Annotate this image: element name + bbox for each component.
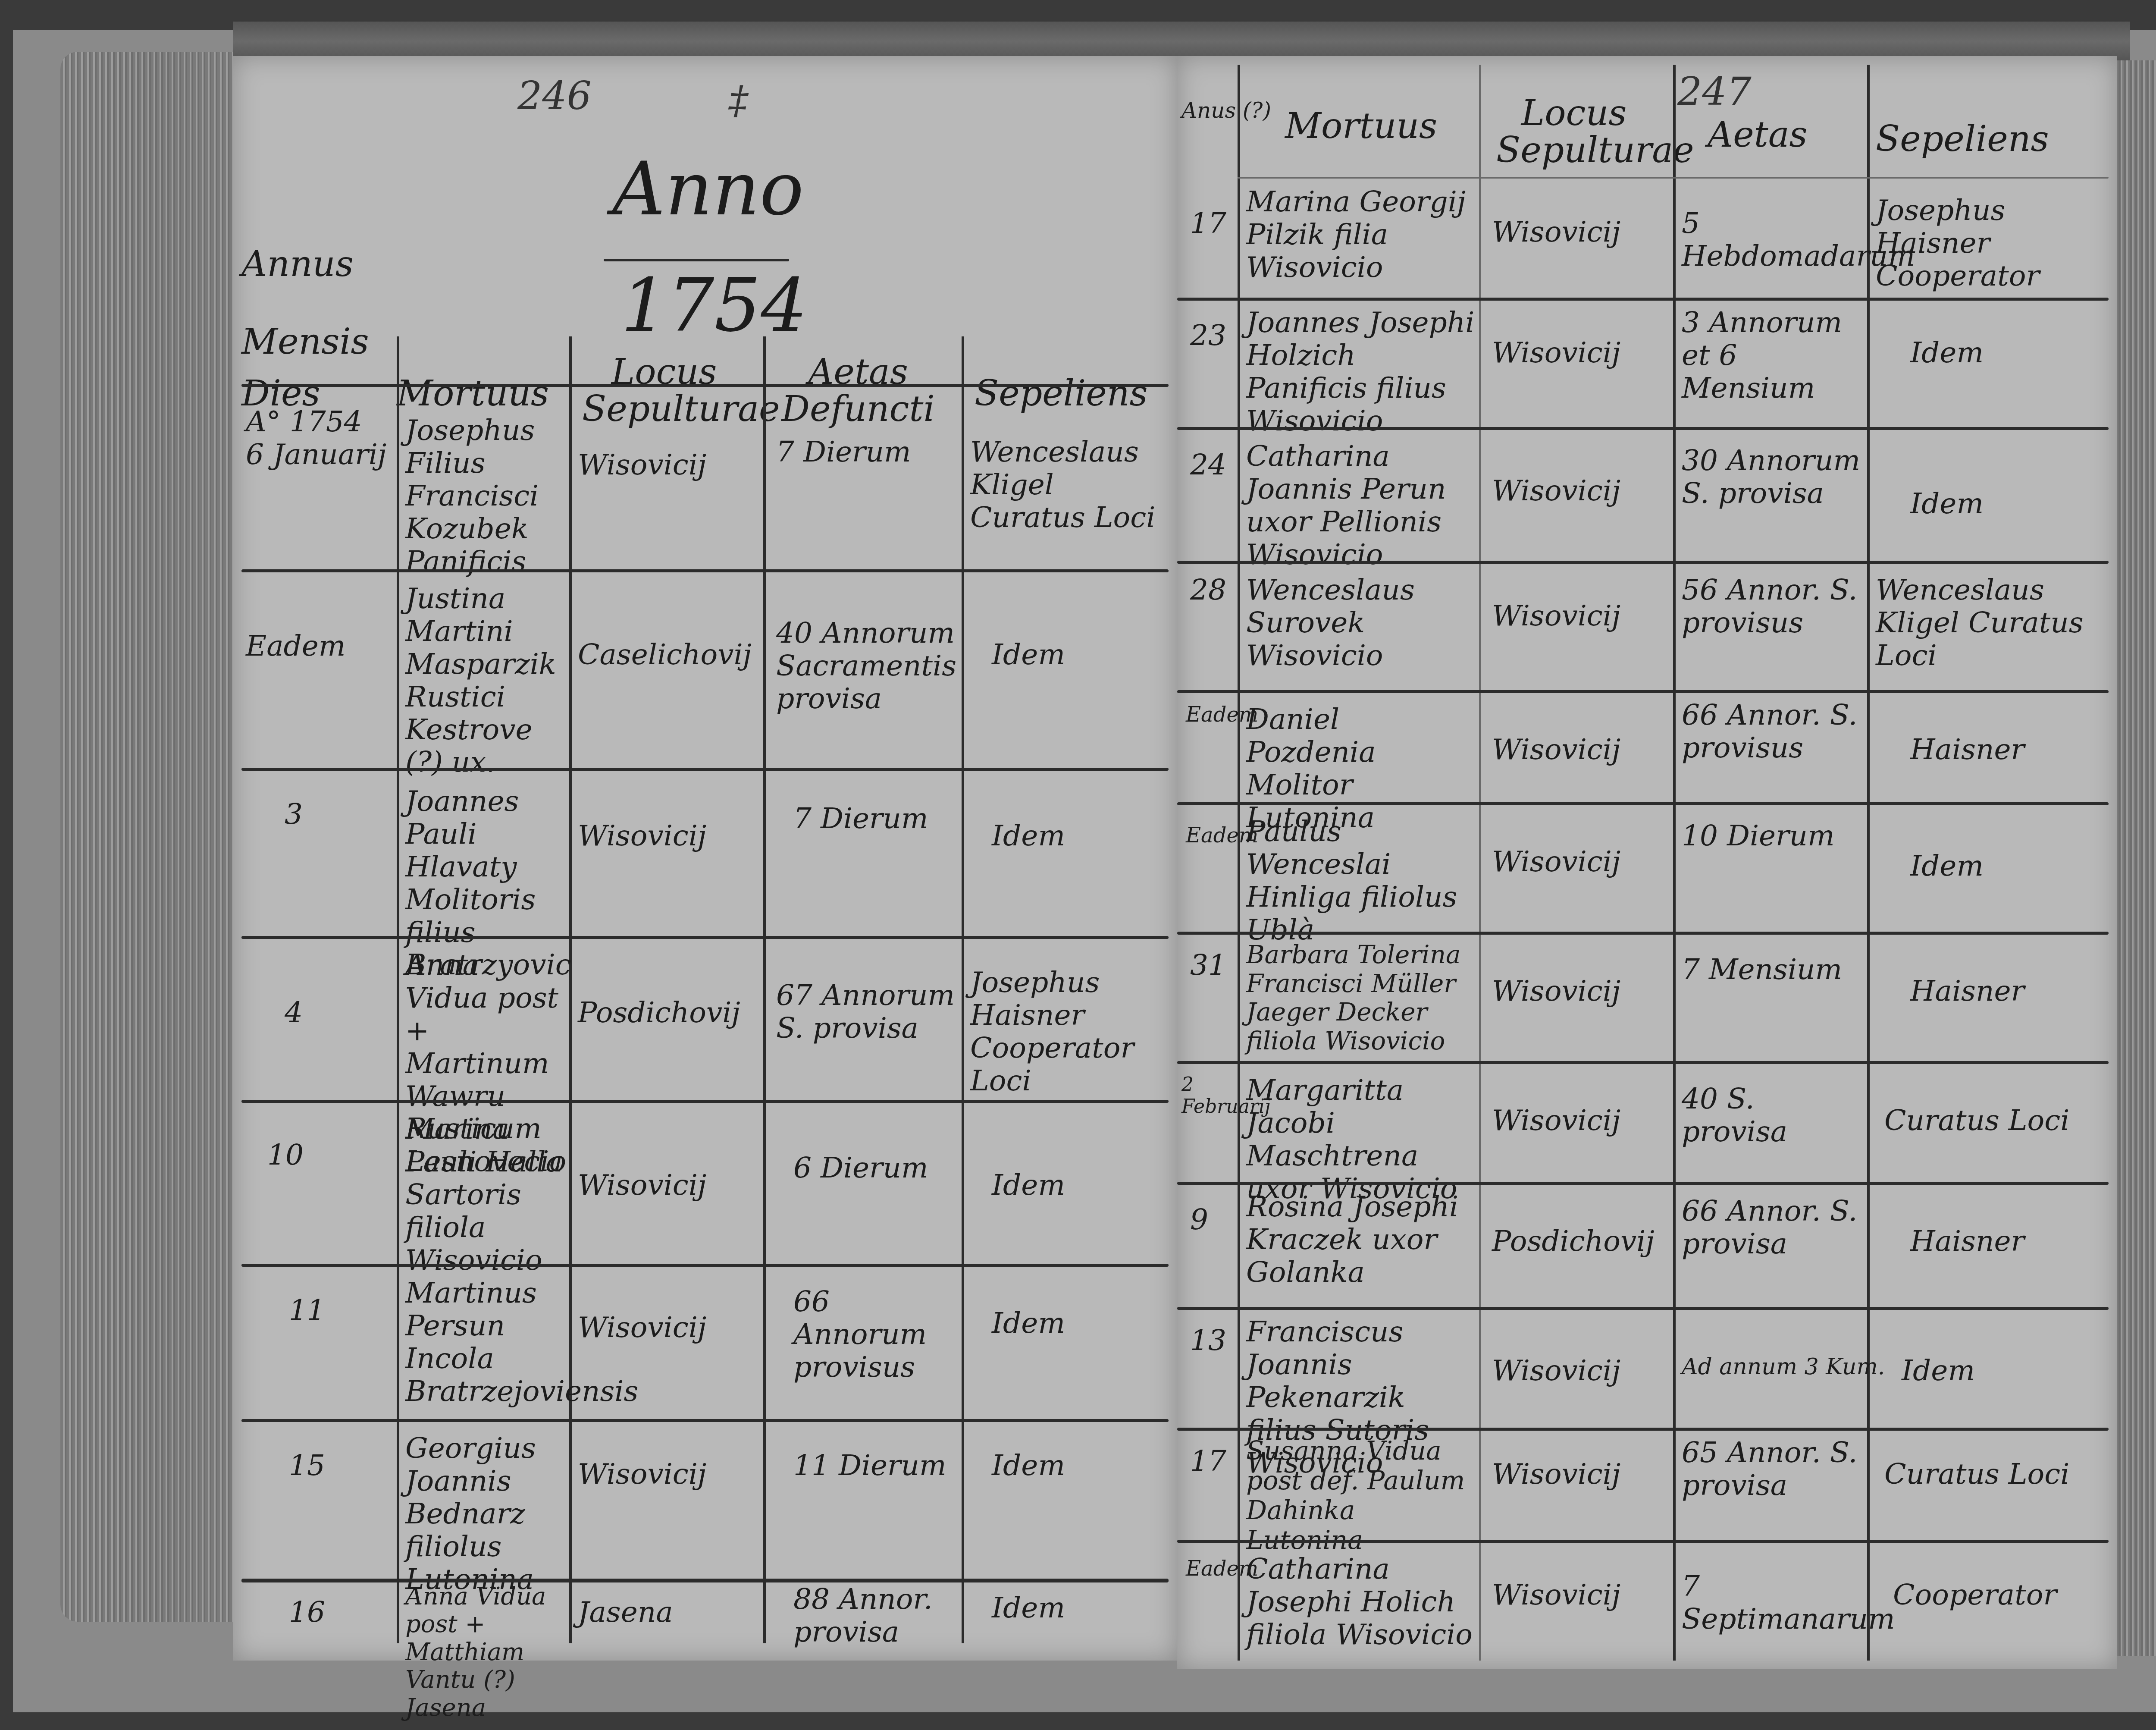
row-locus: Caselichovij xyxy=(578,638,752,671)
row-date: 2 Februarij xyxy=(1181,1074,1238,1118)
row-aetas: 40 S. provisa xyxy=(1682,1083,1863,1148)
cross-mark: ‡ xyxy=(729,78,748,123)
register-row: 17 Marina Georgij Pilzik filia Wisovicio… xyxy=(1177,181,2117,289)
row-date: 24 xyxy=(1190,449,1226,481)
row-locus: Wisovicij xyxy=(1492,216,1620,248)
row-locus: Wisovicij xyxy=(1492,733,1620,766)
header-aetas: Aetas xyxy=(1708,116,1808,154)
row-sepeliens: Idem xyxy=(992,1592,1065,1624)
row-date: 11 xyxy=(289,1294,325,1327)
row-sepeliens: Haisner xyxy=(1910,733,2024,766)
row-aetas: 6 Dierum xyxy=(793,1152,957,1184)
row-mortuus: Paulus Wenceslai Hinliga filiolus Ublà xyxy=(1246,815,1475,946)
row-rule xyxy=(241,768,1169,771)
row-date: 17 xyxy=(1190,1445,1226,1478)
row-mortuus: Wenceslaus Surovek Wisovicio xyxy=(1246,574,1475,672)
row-rule xyxy=(1177,1307,2109,1310)
row-rule xyxy=(1177,298,2109,301)
row-aetas: 65 Annor. S. provisa xyxy=(1682,1436,1863,1502)
row-locus: Wisovicij xyxy=(1492,336,1620,369)
row-date: 10 xyxy=(267,1139,304,1171)
row-sepeliens: Idem xyxy=(1910,487,1984,520)
register-row: 28 Wenceslaus Surovek Wisovicio Wisovici… xyxy=(1177,565,2117,694)
row-rule xyxy=(241,569,1169,572)
register-row: 17 Susanna Vidua post def. Paulum Dahink… xyxy=(1177,1432,2117,1540)
row-rule xyxy=(1177,561,2109,564)
row-rule xyxy=(1177,1540,2109,1543)
header-locus: Locus Sepulturae xyxy=(1496,95,1651,169)
row-locus: Wisovicij xyxy=(578,1458,706,1491)
row-aetas: 7 Mensium xyxy=(1682,953,1863,986)
register-row: Eadem Daniel Pozdenia Molitor Lutonina W… xyxy=(1177,694,2117,807)
row-aetas: 30 Annorum S. provisa xyxy=(1682,444,1863,510)
row-locus: Wisovicij xyxy=(578,819,706,852)
row-aetas: 66 Annor. S. provisus xyxy=(1682,699,1863,764)
row-date: Eadem xyxy=(246,630,345,662)
page-edges-left xyxy=(60,52,241,1622)
header-mensis: Mensis xyxy=(241,323,369,361)
row-aetas: 7 Dierum xyxy=(776,436,957,468)
row-mortuus: Josephus Filius Francisci Kozubek Panifi… xyxy=(405,414,565,578)
row-aetas: 66 Annorum provisus xyxy=(793,1285,957,1384)
row-sepeliens: Wenceslaus Kligel Curatus Loci xyxy=(970,436,1169,534)
row-locus: Posdichovij xyxy=(578,996,740,1029)
row-sepeliens: Haisner xyxy=(1910,975,2024,1008)
register-row: 2 Februarij Margaritta Jacobi Maschtrena… xyxy=(1177,1065,2117,1186)
row-sepeliens: Wenceslaus Kligel Curatus Loci xyxy=(1876,574,2109,672)
row-locus: Wisovicij xyxy=(1492,474,1620,507)
register-row: 3 Joannes Pauli Hlavaty Molitoris filius… xyxy=(233,772,1177,945)
header-rule xyxy=(1238,177,2109,179)
left-page: 246 ‡ Anno 1754 Annus Mensis Dies Mortuu… xyxy=(233,56,1177,1661)
row-aetas: 66 Annor. S. provisa xyxy=(1682,1195,1863,1260)
row-rule xyxy=(1177,932,2109,935)
page-edges-right xyxy=(2113,60,2156,1656)
register-row: 31 Barbara Tolerina Francisci Müller Jae… xyxy=(1177,936,2117,1061)
row-locus: Wisovicij xyxy=(578,1311,706,1344)
header-mortuus: Mortuus xyxy=(1285,108,1437,145)
row-mortuus: Rosina Josephi Kraczek uxor Golanka xyxy=(1246,1190,1475,1289)
row-locus: Wisovicij xyxy=(1492,1579,1620,1611)
row-mortuus: Margaritta Jacobi Maschtrena uxor Wisovi… xyxy=(1246,1074,1475,1205)
row-rule xyxy=(241,1100,1169,1103)
folio-number: 246 xyxy=(517,73,592,119)
row-sepeliens: Josephus Haisner Cooperator xyxy=(1876,194,2109,292)
row-sepeliens: Idem xyxy=(992,1307,1065,1340)
row-sepeliens: Idem xyxy=(992,819,1065,852)
page-title-year: 1754 xyxy=(621,263,808,349)
register-row: 13 Franciscus Joannis Pekenarzik filius … xyxy=(1177,1311,2117,1428)
row-locus: Wisovicij xyxy=(1492,600,1620,632)
row-locus: Wisovicij xyxy=(1492,1354,1620,1387)
register-row: 24 Catharina Joannis Perun uxor Pellioni… xyxy=(1177,431,2117,561)
row-mortuus: Martinus Persun Incola Bratrzejoviensis xyxy=(405,1277,565,1408)
row-date: 13 xyxy=(1190,1324,1226,1357)
row-locus: Wisovicij xyxy=(1492,1458,1620,1491)
folio-number: 247 xyxy=(1677,69,1752,114)
register-row: 11 Martinus Persun Incola Bratrzejoviens… xyxy=(233,1268,1177,1423)
register-row: 9 Rosina Josephi Kraczek uxor Golanka Po… xyxy=(1177,1186,2117,1307)
row-locus: Wisovicij xyxy=(1492,1104,1620,1137)
row-locus: Wisovicij xyxy=(1492,975,1620,1008)
row-rule xyxy=(241,936,1169,939)
row-mortuus: Anna Vidua post + Matthiam Vantu (?) Jas… xyxy=(405,1583,565,1722)
row-date: 28 xyxy=(1190,574,1226,606)
row-aetas: 11 Dierum xyxy=(793,1449,946,1482)
row-date: 23 xyxy=(1190,319,1226,352)
row-rule xyxy=(1177,427,2109,430)
row-date: 9 xyxy=(1190,1203,1208,1236)
row-rule xyxy=(1177,1061,2109,1064)
row-date: 16 xyxy=(289,1596,325,1629)
row-mortuus: Joannes Josephi Holzich Panificis filius… xyxy=(1246,306,1475,437)
header-sepeliens: Sepeliens xyxy=(1876,121,2049,158)
row-sepeliens: Curatus Loci xyxy=(1884,1458,2069,1491)
header-date: Anus (?) xyxy=(1181,99,1271,122)
row-locus: Wisovicij xyxy=(578,1169,706,1202)
row-sepeliens: Josephus Haisner Cooperator Loci xyxy=(970,966,1169,1097)
row-locus: Posdichovij xyxy=(1492,1225,1655,1258)
row-mortuus: Justina Martini Masparzik Rustici Kestro… xyxy=(405,582,565,779)
row-aetas: 7 Septimanarum xyxy=(1682,1570,1863,1636)
header-annus: Annus xyxy=(241,246,354,283)
row-mortuus: Georgius Joannis Bednarz filiolus Lutoni… xyxy=(405,1432,565,1595)
row-rule xyxy=(1177,1182,2109,1185)
register-row: Eadem Catharina Josephi Holich filiola W… xyxy=(1177,1544,2117,1665)
row-locus: Wisovicij xyxy=(1492,845,1620,878)
row-sepeliens: Haisner xyxy=(1910,1225,2024,1258)
row-aetas: Ad annum 3 Kum. xyxy=(1682,1354,1885,1380)
row-date: 4 xyxy=(285,996,303,1029)
row-mortuus: Susanna Vidua post def. Paulum Dahinka L… xyxy=(1246,1436,1479,1555)
row-aetas: 10 Dierum xyxy=(1682,819,1863,852)
row-date: A° 1754 6 Januarij xyxy=(246,405,388,471)
header-rule xyxy=(241,384,1169,387)
row-rule xyxy=(241,1419,1169,1422)
row-rule xyxy=(241,1264,1169,1267)
row-locus: Wisovicij xyxy=(578,449,706,481)
row-rule xyxy=(1177,802,2109,805)
row-mortuus: Barbara Tolerina Francisci Müller Jaeger… xyxy=(1246,940,1479,1055)
right-page: 247 Anus (?) Mortuus Locus Sepulturae Ae… xyxy=(1177,56,2117,1669)
row-aetas: 7 Dierum xyxy=(793,802,957,835)
row-sepeliens: Cooperator xyxy=(1893,1579,2057,1611)
row-sepeliens: Idem xyxy=(1910,850,1984,882)
register-row: Eadem Justina Martini Masparzik Rustici … xyxy=(233,574,1177,772)
row-date: 31 xyxy=(1190,949,1226,982)
row-date: 3 xyxy=(285,798,303,831)
row-mortuus: Marina Pauli Halla Sartoris filiola Wiso… xyxy=(405,1113,565,1276)
row-date: 17 xyxy=(1190,207,1226,240)
register-row: 4 Anna Vidua post + Martinum Wawru Rusti… xyxy=(233,940,1177,1104)
register-row: Eadem Paulus Wenceslai Hinliga filiolus … xyxy=(1177,807,2117,936)
row-aetas: 5 Hebdomadarum xyxy=(1682,207,1863,273)
row-sepeliens: Idem xyxy=(1910,336,1984,369)
page-title-anno: Anno xyxy=(612,147,804,232)
row-rule xyxy=(1177,690,2109,693)
row-mortuus: Catharina Joannis Perun uxor Pellionis W… xyxy=(1246,440,1475,571)
row-rule xyxy=(1177,1428,2109,1431)
row-date: 15 xyxy=(289,1449,325,1482)
row-sepeliens: Idem xyxy=(992,1449,1065,1482)
register-row: 15 Georgius Joannis Bednarz filiolus Lut… xyxy=(233,1423,1177,1587)
row-sepeliens: Curatus Loci xyxy=(1884,1104,2069,1137)
binding-band xyxy=(233,22,2130,60)
row-aetas: 40 Annorum Sacramentis provisa xyxy=(776,617,957,715)
row-aetas: 88 Annor. provisa xyxy=(793,1583,957,1648)
row-aetas: 67 Annorum S. provisa xyxy=(776,979,957,1045)
register-row: 10 Marina Pauli Halla Sartoris filiola W… xyxy=(233,1104,1177,1268)
row-aetas: 3 Annorum et 6 Mensium xyxy=(1682,306,1863,405)
row-sepeliens: Idem xyxy=(992,638,1065,671)
row-mortuus: Catharina Josephi Holich filiola Wisovic… xyxy=(1246,1553,1475,1651)
register-row: 16 Anna Vidua post + Matthiam Vantu (?) … xyxy=(233,1583,1177,1661)
row-sepeliens: Idem xyxy=(992,1169,1065,1202)
title-underline xyxy=(604,259,789,261)
row-locus: Jasena xyxy=(578,1596,673,1629)
row-sepeliens: Idem xyxy=(1902,1354,1975,1387)
row-aetas: 56 Annor. S. provisus xyxy=(1682,574,1863,639)
row-mortuus: Marina Georgij Pilzik filia Wisovicio xyxy=(1246,185,1475,284)
row-rule xyxy=(241,1579,1169,1582)
register-row: A° 1754 6 Januarij Josephus Filius Franc… xyxy=(233,388,1177,569)
register-row: 23 Joannes Josephi Holzich Panificis fil… xyxy=(1177,302,2117,427)
